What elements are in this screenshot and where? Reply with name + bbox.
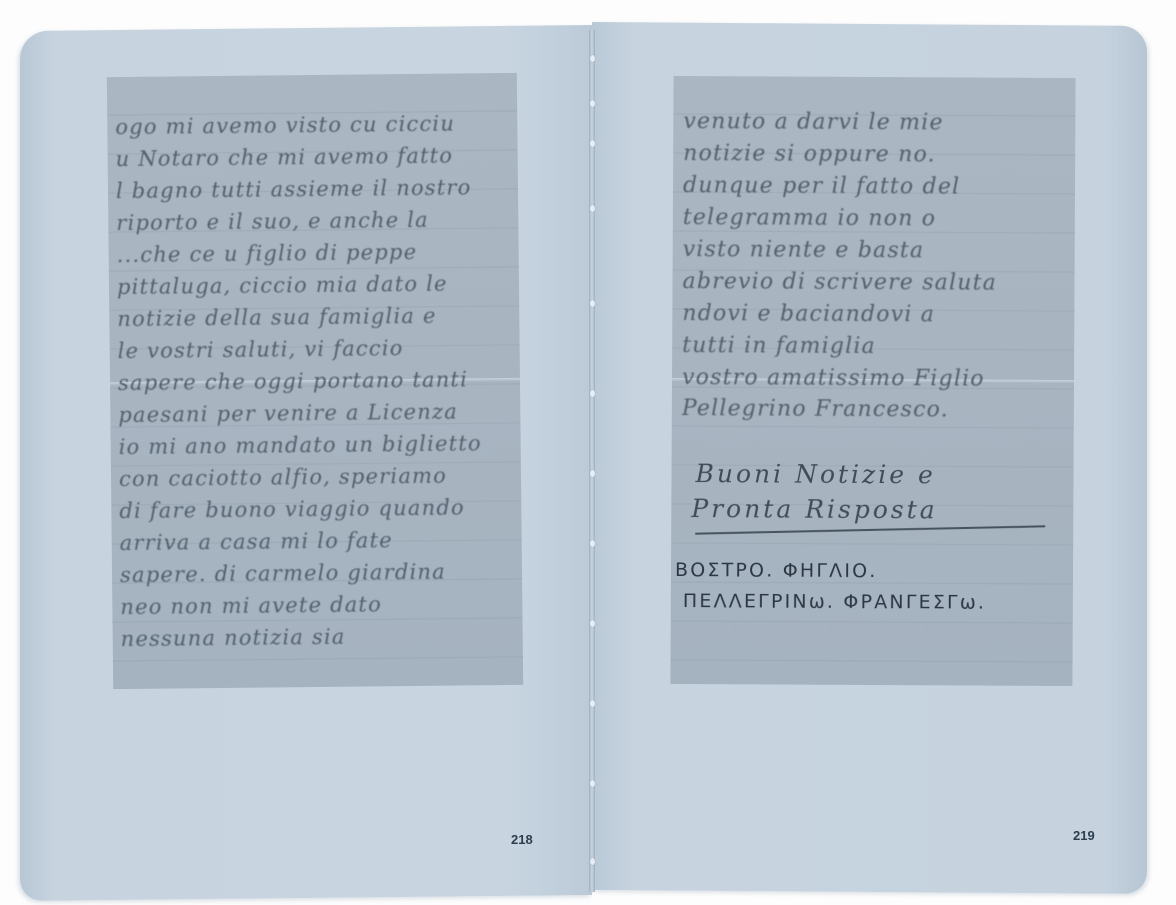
letter-scan-left: ogo mi avemo visto cu cicciu u Notaro ch… — [107, 73, 523, 689]
handwritten-line: paesani per venire a Licenza — [118, 399, 514, 427]
stitch-mark — [590, 300, 595, 307]
handwritten-line: abrevio di scrivere saluta — [682, 269, 1068, 296]
handwritten-line: sapere che oggi portano tanti — [118, 367, 514, 395]
letter-scan-right: venuto a darvi le mie notizie si oppure … — [670, 76, 1075, 686]
book-spine — [589, 30, 595, 892]
greek-script-line: ΠΕΛΛΕΓΡΙΝω. ΦΡΑΝΓΕΣΓω. — [683, 590, 986, 614]
handwritten-line: dunque per il fatto del — [683, 173, 1069, 200]
stitch-mark — [590, 780, 595, 787]
handwritten-line: sapere. di carmelo giardina — [120, 559, 516, 587]
handwritten-line: ogo mi avemo visto cu cicciu — [115, 111, 511, 139]
page-number-left: 218 — [511, 832, 533, 847]
page-number-right: 219 — [1073, 828, 1095, 843]
handwritten-line: con caciotto alfio, speriamo — [119, 463, 515, 491]
handwritten-line: arriva a casa mi lo fate — [120, 527, 516, 555]
stitch-mark — [590, 100, 595, 107]
handwritten-line: riporto e il suo, e anche la — [116, 207, 512, 235]
closing-line: Buoni Notizie e — [695, 459, 935, 489]
open-book-photo: ogo mi avemo visto cu cicciu u Notaro ch… — [0, 0, 1176, 905]
closing-line: Pronta Risposta — [691, 494, 937, 524]
handwritten-line: visto niente e basta — [683, 237, 1069, 264]
handwritten-line: neo non mi avete dato — [120, 591, 516, 619]
handwritten-line: u Notaro che mi avemo fatto — [116, 143, 512, 171]
stitch-mark — [590, 390, 595, 397]
handwritten-line: nessuna notizia sia — [121, 623, 517, 651]
handwritten-line: io mi ano mandato un biglietto — [119, 431, 515, 459]
handwritten-line: notizie della sua famiglia e — [117, 303, 513, 331]
closing-underline — [695, 525, 1045, 534]
handwritten-line: di fare buono viaggio quando — [119, 495, 515, 523]
stitch-mark — [590, 470, 595, 477]
stitch-mark — [590, 140, 595, 147]
stitch-mark — [590, 205, 595, 212]
stitch-mark — [590, 540, 595, 547]
handwritten-line: venuto a darvi le mie — [683, 109, 1069, 136]
handwritten-line: telegramma io non o — [683, 205, 1069, 232]
stitch-mark — [590, 858, 595, 865]
handwritten-line: ndovi e baciandovi a — [682, 301, 1068, 328]
greek-script-line: ΒΟΣΤΡΟ. ΦΗΓΛΙΟ. — [675, 559, 878, 582]
handwritten-line: notizie si oppure no. — [683, 141, 1069, 168]
handwritten-line: ...che ce u figlio di peppe — [117, 239, 513, 267]
handwritten-line: tutti in famiglia — [682, 333, 1068, 360]
handwritten-line: le vostri saluti, vi faccio — [118, 335, 514, 363]
stitch-mark — [590, 620, 595, 627]
stitch-mark — [590, 700, 595, 707]
handwritten-line: l bagno tutti assieme il nostro — [116, 175, 512, 203]
handwritten-line: vostro amatissimo Figlio — [682, 365, 1068, 392]
handwritten-line: pittaluga, ciccio mia dato le — [117, 271, 513, 299]
stitch-mark — [590, 55, 595, 62]
handwritten-line: Pellegrino Francesco. — [682, 396, 1068, 423]
